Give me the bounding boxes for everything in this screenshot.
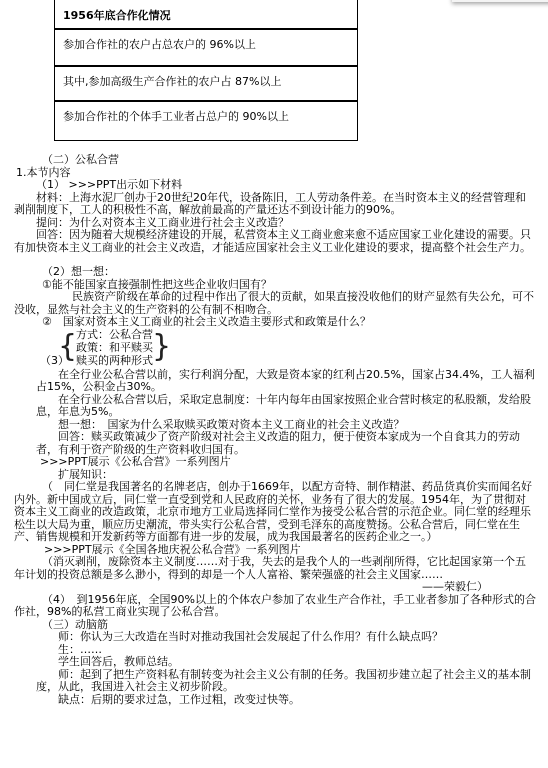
item-1: （1） >>>PPT出示如下材料 bbox=[0, 179, 548, 192]
section-title: （二）公私合营 bbox=[0, 154, 548, 167]
document-body: （二）公私合营 1.本节内容 （1） >>>PPT出示如下材料 材料：上海水泥厂… bbox=[0, 154, 548, 706]
material-paragraph: 材料：上海水泥厂创办于20世纪20年代，设备陈旧，工人劳动条件差。在当时资本主义… bbox=[0, 192, 548, 217]
quote-paragraph: （消灭剥削，废除资本主义制度……对于我，失去的是我个人的一些剥削所得，它比起国家… bbox=[0, 556, 548, 581]
table-row: 参加合作社的农户占总农户的 96%以上 bbox=[55, 29, 358, 66]
summary-line: 学生回答后，教师总结。 bbox=[0, 656, 548, 669]
brace-policy: 政策：和平赎买 bbox=[76, 342, 153, 355]
policy-brace: { 方式：公私合营 政策：和平赎买 赎买的两种形式 （3） } bbox=[52, 329, 548, 369]
after-merger-paragraph: 在全行业公私合营以后，采取定息制度：十年内每年由国家按照企业合营时核定的私股额，… bbox=[0, 394, 548, 419]
teacher-answer: 师：起到了把生产资料私有制转变为社会主义公有制的任务。我国初步建立起了社会主义的… bbox=[0, 669, 548, 694]
answer-paragraph: 回答：因为随着大规模经济建设的开展，私营资本主义工商业愈来愈不适应国家工业化建设… bbox=[0, 229, 548, 254]
brace-method: 方式：公私合营 bbox=[76, 329, 153, 342]
think-answer: 回答：赎买政策减少了资产阶级对社会主义改造的阻力，便于使资本家成为一个自食其力的… bbox=[0, 431, 548, 456]
right-brace-icon: } bbox=[152, 329, 171, 365]
window-edge-shadow bbox=[452, 0, 548, 2]
brace-forms: 赎买的两种形式 bbox=[76, 355, 153, 368]
question-1-answer: 民族资产阶级在革命的过程中作出了很大的贡献，如果直接没收他们的财产显然有失公允，… bbox=[0, 291, 548, 316]
item-4-paragraph: （4） 到1956年底，全国90%以上的个体农户参加了农业生产合作社，手工业者参… bbox=[0, 594, 548, 619]
quote-author: ——荣毅仁） bbox=[0, 581, 548, 594]
ppt-note-1: >>>PPT展示《公私合营》一系列图片 bbox=[0, 456, 548, 469]
question-2: ② 国家对资本主义工商业的社会主义改造主要形式和政策是什么？ bbox=[0, 316, 548, 329]
item-3-number: （3） bbox=[40, 355, 69, 368]
teacher-question: 师：你认为三大改造在当时对推动我国社会发展起了什么作用？有什么缺点吗？ bbox=[0, 631, 548, 644]
defects-line: 缺点：后期的要求过急，工作过粗，改变过快等。 bbox=[0, 694, 548, 707]
table-row: 参加合作社的个体手工业者占总户的 90%以上 bbox=[55, 101, 358, 141]
before-merger-paragraph: 在全行业公私合营以前，实行利润分配，大致是资本家的红利占20.5%，国家占34.… bbox=[0, 369, 548, 394]
cooperative-status-table: 1956年底合作化情况 参加合作社的农户占总农户的 96%以上 其中,参加高级生… bbox=[54, 0, 358, 141]
table-header: 1956年底合作化情况 bbox=[55, 0, 358, 29]
table-row: 其中,参加高级生产合作社的农户占 87%以上 bbox=[55, 66, 358, 101]
extension-paragraph: （ 同仁堂是我国著名的名牌老店，创办于1669年，以配方奇特、制作精湛、药品货真… bbox=[0, 481, 548, 544]
item-2: （2）想一想： bbox=[0, 266, 548, 279]
